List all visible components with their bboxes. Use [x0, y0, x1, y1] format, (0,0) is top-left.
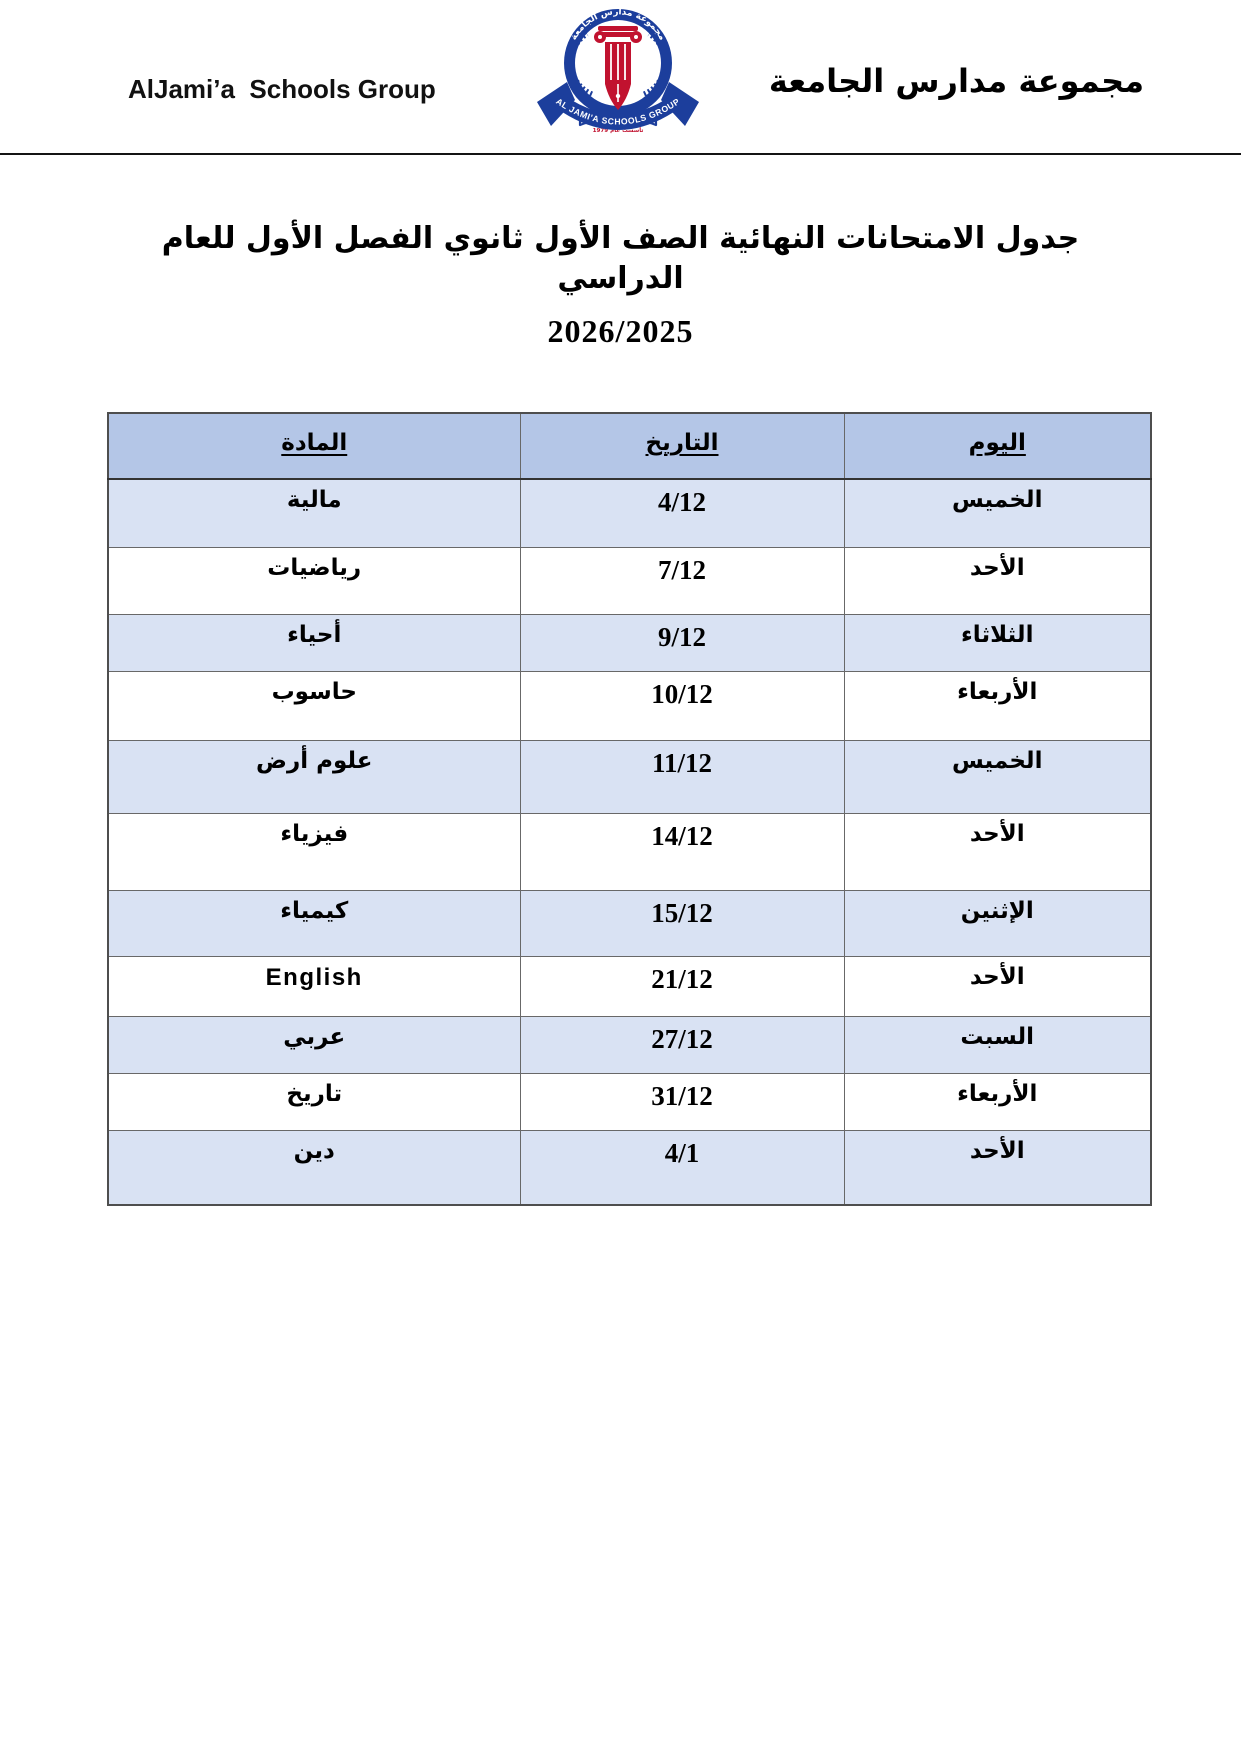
date-cell: 4/1 [520, 1130, 844, 1205]
subject-cell: عربي [108, 1016, 520, 1073]
table-row: الأحد14/12فيزياء [108, 813, 1151, 890]
date-cell: 27/12 [520, 1016, 844, 1073]
logo-nib-hole [616, 94, 620, 98]
day-cell: الأربعاء [844, 671, 1151, 740]
date-cell: 9/12 [520, 614, 844, 671]
table-row: الإثنين15/12كيمياء [108, 890, 1151, 956]
day-cell: الثلاثاء [844, 614, 1151, 671]
day-cell: الأحد [844, 813, 1151, 890]
header-divider-line [0, 153, 1241, 155]
subject-cell: علوم أرض [108, 740, 520, 813]
subject-cell: فيزياء [108, 813, 520, 890]
subject-cell: حاسوب [108, 671, 520, 740]
header-day: اليوم [844, 413, 1151, 479]
day-cell: الأحد [844, 956, 1151, 1016]
day-cell: السبت [844, 1016, 1151, 1073]
table-row: الأربعاء10/12حاسوب [108, 671, 1151, 740]
day-cell: الإثنين [844, 890, 1151, 956]
table-row: الثلاثاء9/12أحياء [108, 614, 1151, 671]
subject-cell: دين [108, 1130, 520, 1205]
date-cell: 31/12 [520, 1073, 844, 1130]
day-cell: الخميس [844, 740, 1151, 813]
document-title: جدول الامتحانات النهائية الصف الأول ثانو… [99, 219, 1142, 350]
school-logo-emblem: تأسست عام 1979 مجموعة مدارس الجامعة AL J… [535, 6, 701, 156]
subject-cell: رياضيات [108, 547, 520, 614]
document-page: AlJami’a Schools Group [0, 0, 1241, 1755]
day-cell: الأحد [844, 547, 1151, 614]
date-cell: 11/12 [520, 740, 844, 813]
table-row: الخميس4/12مالية [108, 479, 1151, 547]
logo-volute-left-center [598, 35, 602, 39]
day-cell: الخميس [844, 479, 1151, 547]
header-date: التاريخ [520, 413, 844, 479]
logo-column-echinus [602, 32, 634, 37]
table-row: الخميس11/12علوم أرض [108, 740, 1151, 813]
table-row: السبت27/12عربي [108, 1016, 1151, 1073]
subject-cell: English [108, 956, 520, 1016]
subject-cell: أحياء [108, 614, 520, 671]
date-cell: 7/12 [520, 547, 844, 614]
exam-table-body: الخميس4/12ماليةالأحد7/12رياضياتالثلاثاء9… [108, 479, 1151, 1205]
subject-cell: مالية [108, 479, 520, 547]
date-cell: 14/12 [520, 813, 844, 890]
subject-cell: تاريخ [108, 1073, 520, 1130]
date-cell: 10/12 [520, 671, 844, 740]
school-name-arabic: مجموعة مدارس الجامعة [769, 62, 1144, 100]
logo-volute-right-center [634, 35, 638, 39]
table-row: الأحد4/1دين [108, 1130, 1151, 1205]
table-row: الأربعاء31/12تاريخ [108, 1073, 1151, 1130]
school-name-english: AlJami’a Schools Group [128, 74, 436, 105]
day-cell: الأحد [844, 1130, 1151, 1205]
exam-schedule-table: اليوم التاريخ المادة الخميس4/12ماليةالأح… [107, 412, 1152, 1206]
school-logo: تأسست عام 1979 مجموعة مدارس الجامعة AL J… [535, 6, 701, 156]
title-line-2: 2026/2025 [99, 313, 1142, 350]
table-row: الأحد7/12رياضيات [108, 547, 1151, 614]
header-subject: المادة [108, 413, 520, 479]
table-row: الأحد21/12English [108, 956, 1151, 1016]
logo-column-abacus [598, 26, 638, 31]
date-cell: 15/12 [520, 890, 844, 956]
title-line-1: جدول الامتحانات النهائية الصف الأول ثانو… [99, 219, 1142, 299]
date-cell: 21/12 [520, 956, 844, 1016]
date-cell: 4/12 [520, 479, 844, 547]
day-cell: الأربعاء [844, 1073, 1151, 1130]
subject-cell: كيمياء [108, 890, 520, 956]
table-header-row: اليوم التاريخ المادة [108, 413, 1151, 479]
